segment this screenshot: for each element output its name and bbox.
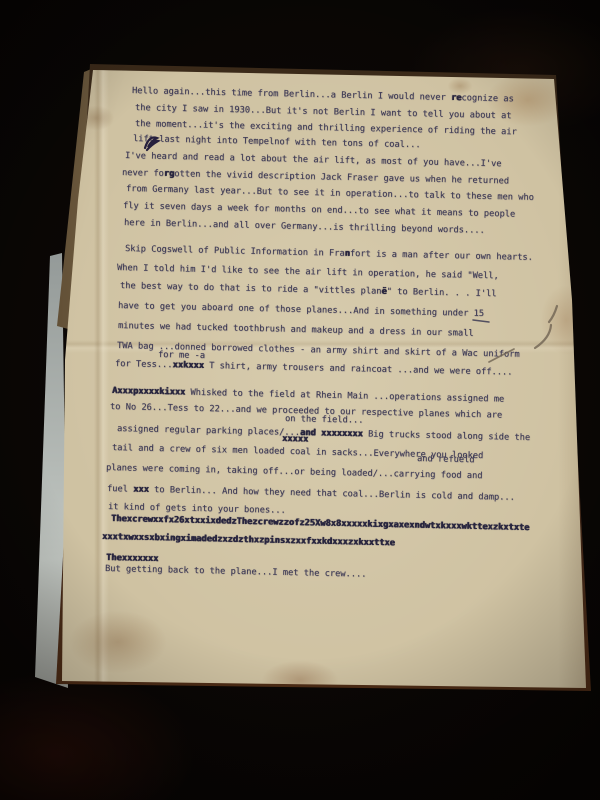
typed-text: " to Berlin. . . I'll — [387, 287, 497, 299]
typed-text: I've heard and read a lot about the air … — [125, 151, 502, 169]
typed-text: Whisked to the field at Rhein Main ...op… — [185, 388, 504, 405]
struck-text: re — [451, 93, 462, 103]
letter-text-layer: Hello again...this time from Berlin...a … — [0, 0, 600, 800]
typed-text: Skip Cogswell of Public Information in F… — [125, 244, 345, 259]
typed-line: lift last night into Tempelnof with ten … — [133, 133, 421, 151]
typed-text: here in Berlin...and all over Germany...… — [124, 218, 485, 236]
typed-line: the best way to do that is to ride a "vi… — [120, 280, 497, 300]
typed-text: have to get you aboard one of those plan… — [118, 301, 484, 319]
typed-text: and refueld — [417, 454, 475, 465]
struck-text: and xxxxxxxx — [300, 428, 363, 439]
typed-text: never fo — [122, 168, 164, 179]
typed-text: Hello again...this time from Berlin...a … — [132, 86, 451, 103]
typed-text: minutes we had tucked toothbrush and mak… — [118, 321, 474, 339]
typed-text: fuel — [107, 484, 133, 495]
typed-text: to Berlin... And how they need that coal… — [149, 485, 515, 503]
typed-text: cognize as — [461, 93, 514, 104]
typed-text: T shirt, army trousers and raincoat ...a… — [204, 361, 513, 378]
typed-text: for Tess... — [115, 359, 173, 370]
typed-text: fort is a man after our own hearts. — [350, 249, 533, 263]
photo-background: Hello again...this time from Berlin...a … — [0, 0, 600, 800]
typed-line: But getting back to the plane...I met th… — [105, 563, 367, 581]
typed-text: planes were coming in, taking off...or b… — [106, 463, 483, 481]
typed-line: assigned regular parking places/...and x… — [117, 423, 530, 444]
typed-line: When I told him I'd like to see the air … — [117, 262, 499, 282]
typed-line: and refueld — [417, 453, 475, 466]
typed-line: fuel xxx to Berlin... And how they need … — [107, 483, 515, 504]
typed-line: on the field... — [285, 413, 364, 427]
typed-text: Big trucks stood along side the — [363, 429, 531, 443]
typed-line: xxxxx — [282, 433, 308, 446]
struck-text: Thexcrewxxfx26xtxxixdedzThezcrewzzofz25X… — [111, 514, 530, 533]
typed-line: minutes we had tucked toothbrush and mak… — [118, 320, 474, 340]
typed-line: Skip Cogswell of Public Information in F… — [125, 243, 533, 264]
typed-line: have to get you aboard one of those plan… — [118, 300, 484, 320]
typed-text: But getting back to the plane...I met th… — [105, 564, 367, 580]
struck-text: xxxxx — [282, 434, 308, 445]
typed-line: Thexcrewxxfx26xtxxixdedzThezcrewzzofz25X… — [111, 513, 530, 534]
typed-line: for Tess...xxkxxx T shirt, army trousers… — [115, 358, 513, 379]
typed-text: from Germany last year...But to see it i… — [126, 184, 534, 203]
struck-text: xxxtxwxxsxbxingximadedzxzdzthxzpinsxzxxf… — [102, 532, 395, 548]
typed-text: assigned regular parking places/... — [117, 424, 300, 438]
struck-text: rg — [164, 169, 175, 179]
typed-line: here in Berlin...and all over Germany...… — [124, 217, 485, 237]
typed-text: fly it seven days a week for months on e… — [123, 201, 515, 220]
typed-line: xxxtxwxxsxbxingximadedzxzdzthxzpinsxzxxf… — [102, 531, 395, 549]
typed-text: the best way to do that is to ride a "vi… — [120, 281, 382, 297]
typed-line: I've heard and read a lot about the air … — [125, 150, 502, 170]
typed-text: otten the vivid description Jack Fraser … — [174, 169, 509, 186]
typed-text: When I told him I'd like to see the air … — [117, 263, 499, 281]
typed-text: lift last night into Tempelnof with ten … — [133, 134, 421, 150]
typed-text: on the field... — [285, 414, 364, 426]
struck-text: xxkxxx — [172, 360, 204, 371]
struck-text: Axxxpxxxxkixxx — [112, 386, 185, 398]
struck-text: xxx — [133, 485, 149, 495]
